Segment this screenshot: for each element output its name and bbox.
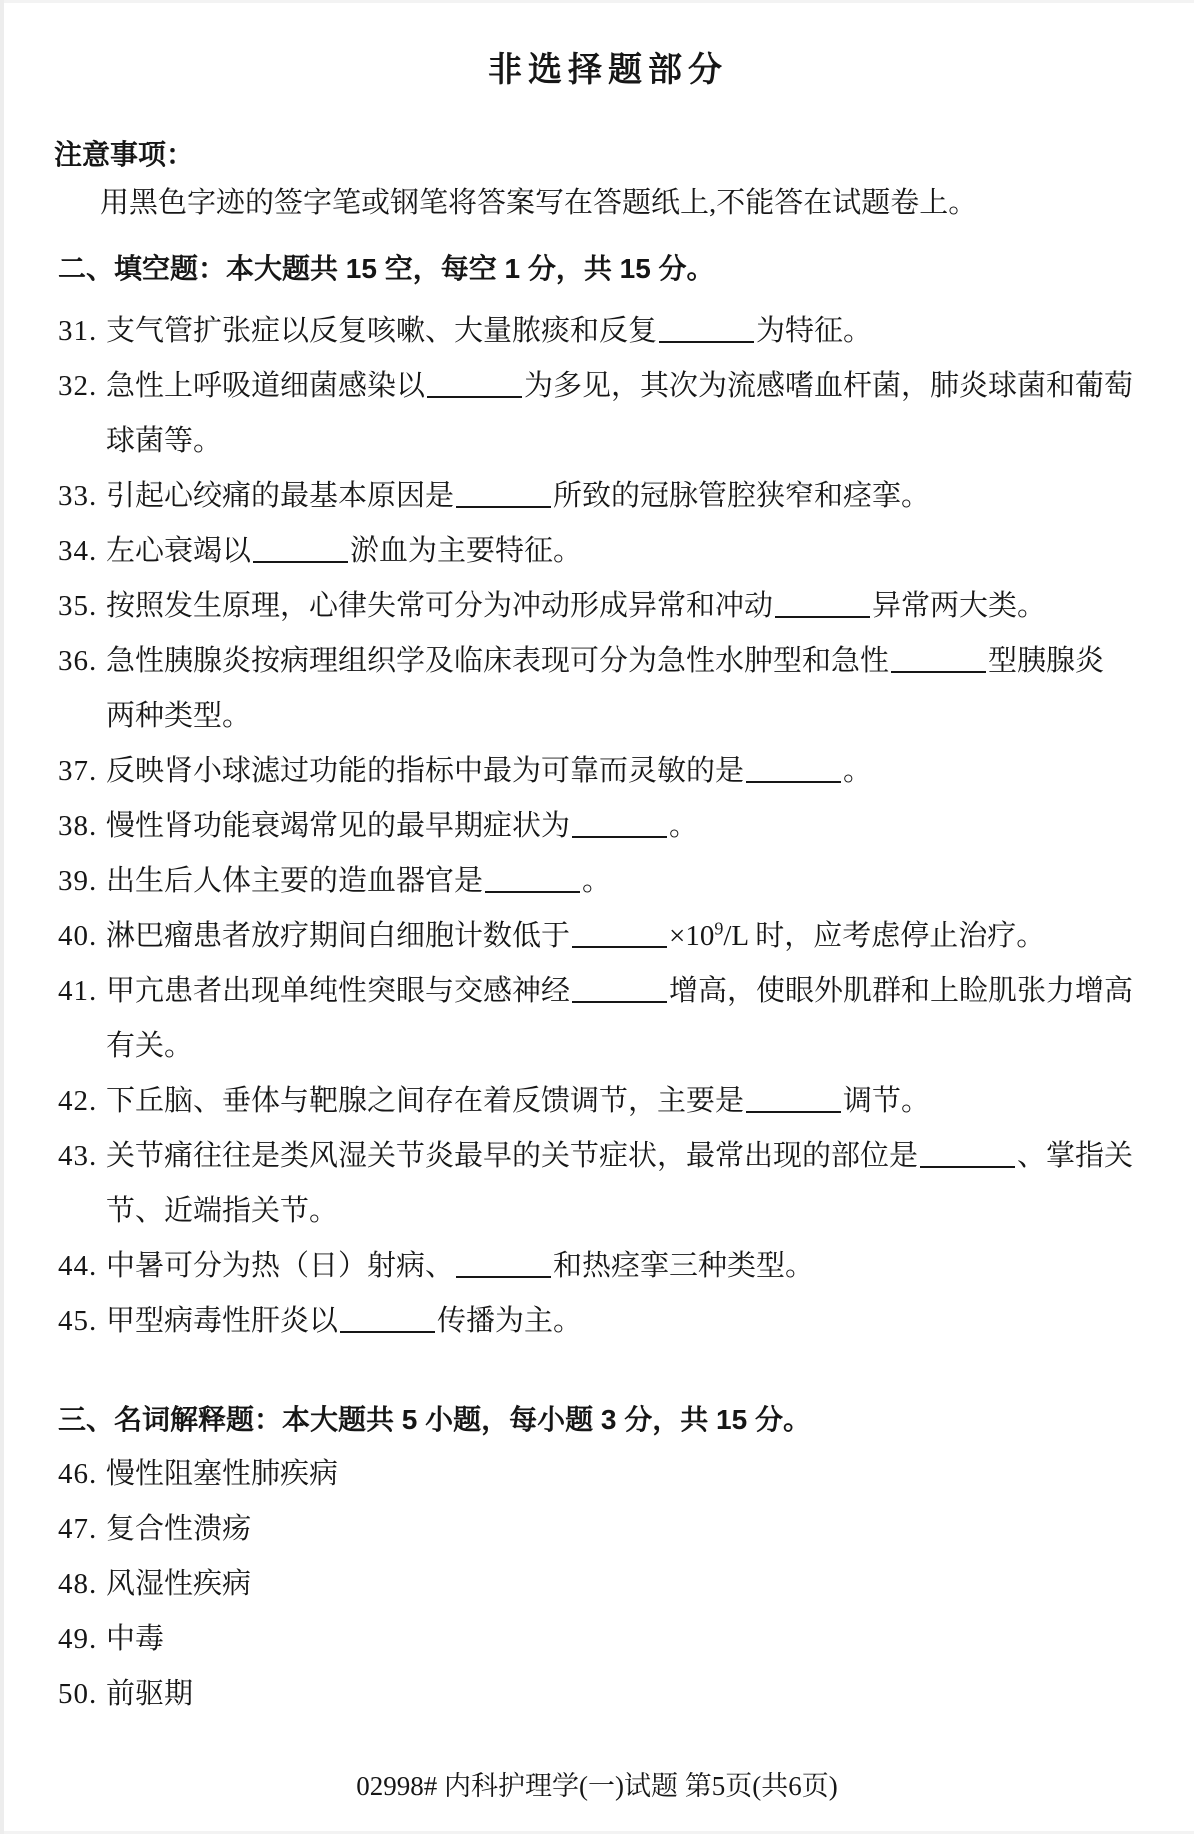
question-text: 风湿性疾病 [106,1557,1158,1612]
answer-blank-line [572,945,667,948]
question-text: 中暑可分为热（日）射病、和热痉挛三种类型。 [106,1239,1158,1294]
question-row: 33.引起心绞痛的最基本原因是所致的冠脉管腔狭窄和痉挛。 [58,469,1158,524]
section-heading-term-definition: 三、名词解释题：本大题共 5 小题，每小题 3 分，共 15 分。 [58,1392,1158,1447]
question-row: 43.关节痛往往是类风湿关节炎最早的关节症状，最常出现的部位是、掌指关节、近端指… [58,1129,1158,1239]
question-number: 48. [58,1557,106,1612]
question-row: 36.急性胰腺炎按病理组织学及临床表现可分为急性水肿型和急性型胰腺炎两种类型。 [58,634,1158,744]
question-number: 49. [58,1612,106,1667]
question-text: 下丘脑、垂体与靶腺之间存在着反馈调节，主要是调节。 [106,1074,1158,1129]
question-text: 反映肾小球滤过功能的指标中最为可靠而灵敏的是。 [106,744,1158,799]
answer-blank-line [775,615,870,618]
question-number: 37. [58,744,106,799]
section-heading-fill-in-blank: 二、填空题：本大题共 15 空，每空 1 分，共 15 分。 [58,241,1158,296]
question-number: 41. [58,964,106,1019]
question-number: 31. [58,304,106,359]
question-number: 47. [58,1502,106,1557]
question-text: 关节痛往往是类风湿关节炎最早的关节症状，最常出现的部位是、掌指关节、近端指关节。 [106,1129,1158,1239]
answer-blank-line [485,890,580,893]
question-row: 35.按照发生原理，心律失常可分为冲动形成异常和冲动异常两大类。 [58,579,1158,634]
question-row: 47.复合性溃疡 [58,1502,1158,1557]
answer-blank-line [746,780,841,783]
question-text: 中毒 [106,1612,1158,1667]
notice-text: 用黑色字迹的签字笔或钢笔将答案写在答题纸上,不能答在试题卷上。 [100,176,1158,231]
question-text: 左心衰竭以淤血为主要特征。 [106,524,1158,579]
question-text: 引起心绞痛的最基本原因是所致的冠脉管腔狭窄和痉挛。 [106,469,1158,524]
question-row: 34.左心衰竭以淤血为主要特征。 [58,524,1158,579]
question-text: 复合性溃疡 [106,1502,1158,1557]
question-number: 45. [58,1294,106,1349]
answer-blank-line [427,395,522,398]
question-row: 41.甲亢患者出现单纯性突眼与交感神经增高，使眼外肌群和上睑肌张力增高有关。 [58,964,1158,1074]
footer-text: 02998# 内科护理学(一)试题 第5页(共6页) [0,1766,1194,1806]
question-number: 39. [58,854,106,909]
question-number: 50. [58,1667,106,1722]
answer-blank-line [659,340,754,343]
question-number: 38. [58,799,106,854]
question-number: 43. [58,1129,106,1184]
question-text: 前驱期 [106,1667,1158,1722]
question-text: 支气管扩张症以反复咳嗽、大量脓痰和反复为特征。 [106,304,1158,359]
question-row: 40.淋巴瘤患者放疗期间白细胞计数低于×109/L 时，应考虑停止治疗。 [58,909,1158,964]
answer-blank-line [572,835,667,838]
answer-blank-line [456,505,551,508]
answer-blank-line [253,560,348,563]
question-number: 35. [58,579,106,634]
notice-label: 注意事项： [54,134,1158,176]
fill-in-blank-question-list: 31.支气管扩张症以反复咳嗽、大量脓痰和反复为特征。32.急性上呼吸道细菌感染以… [58,304,1158,1349]
answer-blank-line [572,1000,667,1003]
question-text: 甲亢患者出现单纯性突眼与交感神经增高，使眼外肌群和上睑肌张力增高有关。 [106,964,1158,1074]
answer-blank-line [340,1330,435,1333]
answer-blank-line [456,1275,551,1278]
question-row: 50.前驱期 [58,1667,1158,1722]
answer-blank-line [920,1165,1015,1168]
question-number: 33. [58,469,106,524]
question-text: 按照发生原理，心律失常可分为冲动形成异常和冲动异常两大类。 [106,579,1158,634]
answer-blank-line [891,670,986,673]
question-number: 34. [58,524,106,579]
page-title: 非选择题部分 [58,46,1158,94]
question-number: 32. [58,359,106,414]
question-row: 31.支气管扩张症以反复咳嗽、大量脓痰和反复为特征。 [58,304,1158,359]
question-number: 42. [58,1074,106,1129]
question-text: 急性胰腺炎按病理组织学及临床表现可分为急性水肿型和急性型胰腺炎两种类型。 [106,634,1158,744]
question-text: 甲型病毒性肝炎以传播为主。 [106,1294,1158,1349]
question-text: 急性上呼吸道细菌感染以为多见，其次为流感嗜血杆菌，肺炎球菌和葡萄球菌等。 [106,359,1158,469]
question-number: 44. [58,1239,106,1294]
exam-paper-page: 非选择题部分 注意事项： 用黑色字迹的签字笔或钢笔将答案写在答题纸上,不能答在试… [0,0,1194,1834]
question-row: 42.下丘脑、垂体与靶腺之间存在着反馈调节，主要是调节。 [58,1074,1158,1129]
question-text: 淋巴瘤患者放疗期间白细胞计数低于×109/L 时，应考虑停止治疗。 [106,909,1158,964]
question-number: 40. [58,909,106,964]
question-row: 39.出生后人体主要的造血器官是。 [58,854,1158,909]
question-number: 46. [58,1447,106,1502]
question-row: 37.反映肾小球滤过功能的指标中最为可靠而灵敏的是。 [58,744,1158,799]
question-text: 慢性肾功能衰竭常见的最早期症状为。 [106,799,1158,854]
answer-blank-line [746,1110,841,1113]
question-row: 45.甲型病毒性肝炎以传播为主。 [58,1294,1158,1349]
question-row: 44.中暑可分为热（日）射病、和热痉挛三种类型。 [58,1239,1158,1294]
question-row: 49.中毒 [58,1612,1158,1667]
question-text: 出生后人体主要的造血器官是。 [106,854,1158,909]
question-number: 36. [58,634,106,689]
question-row: 48.风湿性疾病 [58,1557,1158,1612]
question-text: 慢性阻塞性肺疾病 [106,1447,1158,1502]
term-definition-question-list: 46.慢性阻塞性肺疾病47.复合性溃疡48.风湿性疾病49.中毒50.前驱期 [58,1447,1158,1722]
superscript-exponent: 9 [714,918,723,938]
question-row: 46.慢性阻塞性肺疾病 [58,1447,1158,1502]
question-row: 32.急性上呼吸道细菌感染以为多见，其次为流感嗜血杆菌，肺炎球菌和葡萄球菌等。 [58,359,1158,469]
question-row: 38.慢性肾功能衰竭常见的最早期症状为。 [58,799,1158,854]
